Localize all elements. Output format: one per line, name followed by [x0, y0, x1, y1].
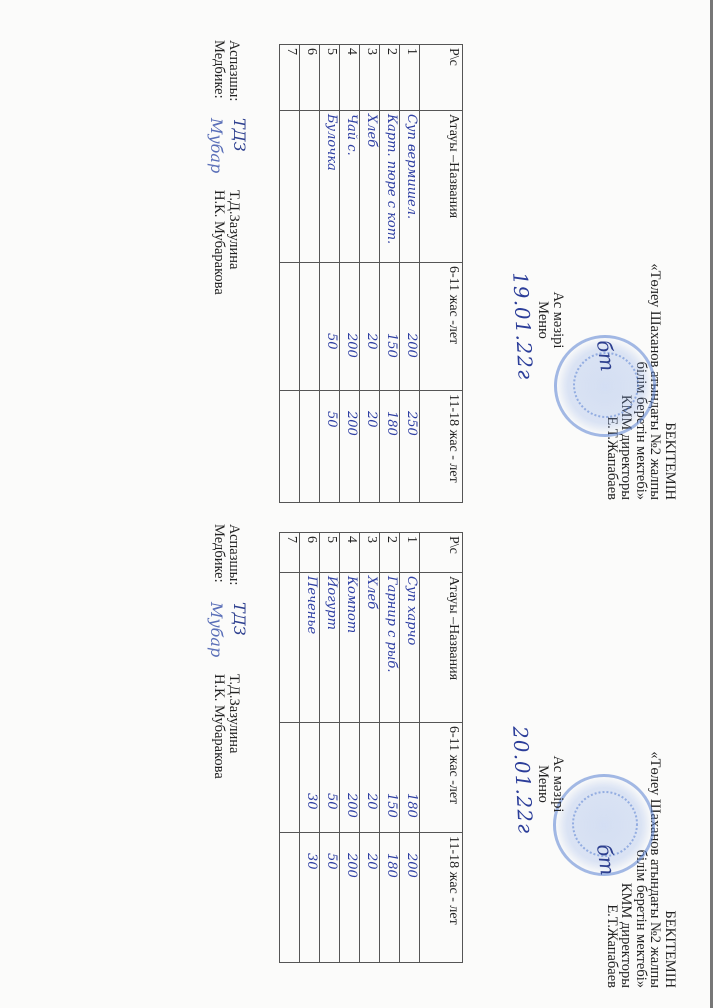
col-age-11-18-header: 11-18 жас - лет: [420, 391, 463, 503]
table-row: 1Суп харчо180200: [400, 533, 420, 963]
cook-signature: ТДЗ: [232, 118, 247, 152]
dish-name: Суп харчо: [400, 573, 420, 723]
menu-heading: Ас мәзірі Меню: [536, 250, 565, 390]
portion-6-11: 200: [340, 263, 360, 391]
row-number: 4: [340, 45, 360, 111]
portion-6-11: 30: [300, 723, 320, 833]
menu-sheet-2: БЕКІТЕМІН «Төлеу Шаханов атындағы №2 жал…: [0, 504, 713, 1008]
scanned-menu-page: БЕКІТЕМІН «Төлеу Шаханов атындағы №2 жал…: [0, 0, 713, 1008]
portion-6-11: 150: [380, 723, 400, 833]
table-row: 4Компот200200: [340, 533, 360, 963]
table-row: 4Чай с.200200: [340, 45, 360, 503]
portion-6-11: 50: [320, 723, 340, 833]
row-number: 4: [340, 533, 360, 573]
table-row: 3Хлеб2020: [360, 45, 380, 503]
portion-6-11: 150: [380, 263, 400, 391]
dish-name: Печенье: [300, 573, 320, 723]
menu-heading-kz: Ас мәзірі: [551, 714, 566, 854]
table-row: 2Карт. пюре с кот.150180: [380, 45, 400, 503]
row-number: 6: [300, 533, 320, 573]
col-name-header: Атауы –Названия: [420, 111, 463, 263]
portion-11-18: 20: [360, 391, 380, 503]
portion-11-18: 50: [320, 833, 340, 963]
row-number: 7: [280, 45, 300, 111]
dish-name: Хлеб: [360, 573, 380, 723]
dish-name: [280, 573, 300, 723]
dish-name: [280, 111, 300, 263]
portion-6-11: 20: [360, 263, 380, 391]
portion-11-18: 30: [300, 833, 320, 963]
portion-6-11: 180: [400, 723, 420, 833]
col-age-6-11-header: 6-11 жас -лет: [420, 723, 463, 833]
portion-11-18: 20: [360, 833, 380, 963]
dish-name: Хлеб: [360, 111, 380, 263]
cook-name: Т.Д.Зазулина: [226, 190, 241, 269]
portion-6-11: 20: [360, 723, 380, 833]
portion-11-18: 200: [340, 833, 360, 963]
portion-11-18: 200: [340, 391, 360, 503]
dish-name: Компот: [340, 573, 360, 723]
cook-signature: ТДЗ: [232, 602, 247, 636]
approval-title: БЕКІТЕМІН: [663, 688, 678, 988]
table-row: 1Суп вермишел.200250: [400, 45, 420, 503]
portion-6-11: 200: [340, 723, 360, 833]
col-number-header: Р\с: [420, 533, 463, 573]
table-row: 6Печенье3030: [300, 533, 320, 963]
signatures-footer: Аспазшы: ТДЗ Т.Д.Зазулина Медбике: Мубар…: [211, 40, 241, 420]
table-row: 5Йогурт5050: [320, 533, 340, 963]
menu-sheet-1: БЕКІТЕМІН «Төлеу Шаханов атындағы №2 жал…: [0, 0, 713, 504]
portion-11-18: [280, 391, 300, 503]
director-signature: бт: [592, 338, 620, 372]
table-row: 2Гарнир с рыб.150180: [380, 533, 400, 963]
menu-heading: Ас мәзірі Меню: [536, 714, 565, 854]
portion-11-18: 200: [400, 833, 420, 963]
nurse-signature: Мубар: [209, 602, 224, 657]
dish-name: Суп вермишел.: [400, 111, 420, 263]
portion-11-18: 180: [380, 833, 400, 963]
dish-name: Чай с.: [340, 111, 360, 263]
cook-label: Аспазшы:: [226, 40, 241, 101]
table-row: 5Булочка5050: [320, 45, 340, 503]
row-number: 3: [360, 45, 380, 111]
col-name-header: Атауы –Названия: [420, 573, 463, 723]
dish-name: Булочка: [320, 111, 340, 263]
row-number: 2: [380, 533, 400, 573]
cook-name: Т.Д.Зазулина: [226, 674, 241, 753]
nurse-label: Медбике:: [211, 524, 226, 583]
nurse-name: Н.К. Мубаракова: [211, 674, 226, 779]
row-number: 7: [280, 533, 300, 573]
nurse-name: Н.К. Мубаракова: [211, 190, 226, 295]
row-number: 1: [400, 45, 420, 111]
table-row: 7: [280, 45, 300, 503]
portion-11-18: 50: [320, 391, 340, 503]
approval-school: «Төлеу Шаханов атындағы №2 жалпы: [648, 200, 663, 500]
menu-table: Р\с Атауы –Названия 6-11 жас -лет 11-18 …: [279, 532, 463, 963]
menu-heading-ru: Меню: [536, 250, 551, 390]
menu-date: 19.01.22г: [508, 271, 538, 380]
dish-name: [300, 111, 320, 263]
row-number: 5: [320, 45, 340, 111]
approval-title: БЕКІТЕМІН: [663, 200, 678, 500]
portion-6-11: [280, 263, 300, 391]
menu-heading-ru: Меню: [536, 714, 551, 854]
row-number: 1: [400, 533, 420, 573]
portion-6-11: 50: [320, 263, 340, 391]
portion-6-11: [280, 723, 300, 833]
table-row: 6: [300, 45, 320, 503]
portion-11-18: 250: [400, 391, 420, 503]
col-age-6-11-header: 6-11 жас -лет: [420, 263, 463, 391]
dish-name: Йогурт: [320, 573, 340, 723]
row-number: 2: [380, 45, 400, 111]
row-number: 6: [300, 45, 320, 111]
menu-table: Р\с Атауы –Названия 6-11 жас -лет 11-18 …: [279, 44, 463, 503]
cook-label: Аспазшы:: [226, 524, 241, 585]
portion-6-11: 200: [400, 263, 420, 391]
portion-11-18: [300, 391, 320, 503]
signatures-footer: Аспазшы: ТДЗ Т.Д.Зазулина Медбике: Мубар…: [211, 524, 241, 904]
director-signature: бт: [592, 842, 620, 876]
portion-11-18: 180: [380, 391, 400, 503]
nurse-signature: Мубар: [209, 118, 224, 173]
col-age-11-18-header: 11-18 жас - лет: [420, 833, 463, 963]
nurse-label: Медбике:: [211, 40, 226, 99]
row-number: 5: [320, 533, 340, 573]
portion-11-18: [280, 833, 300, 963]
table-row: 7: [280, 533, 300, 963]
menu-heading-kz: Ас мәзірі: [551, 250, 566, 390]
portion-6-11: [300, 263, 320, 391]
col-number-header: Р\с: [420, 45, 463, 111]
row-number: 3: [360, 533, 380, 573]
dish-name: Карт. пюре с кот.: [380, 111, 400, 263]
menu-date: 20.01.22г: [508, 725, 538, 834]
dish-name: Гарнир с рыб.: [380, 573, 400, 723]
table-row: 3Хлеб2020: [360, 533, 380, 963]
